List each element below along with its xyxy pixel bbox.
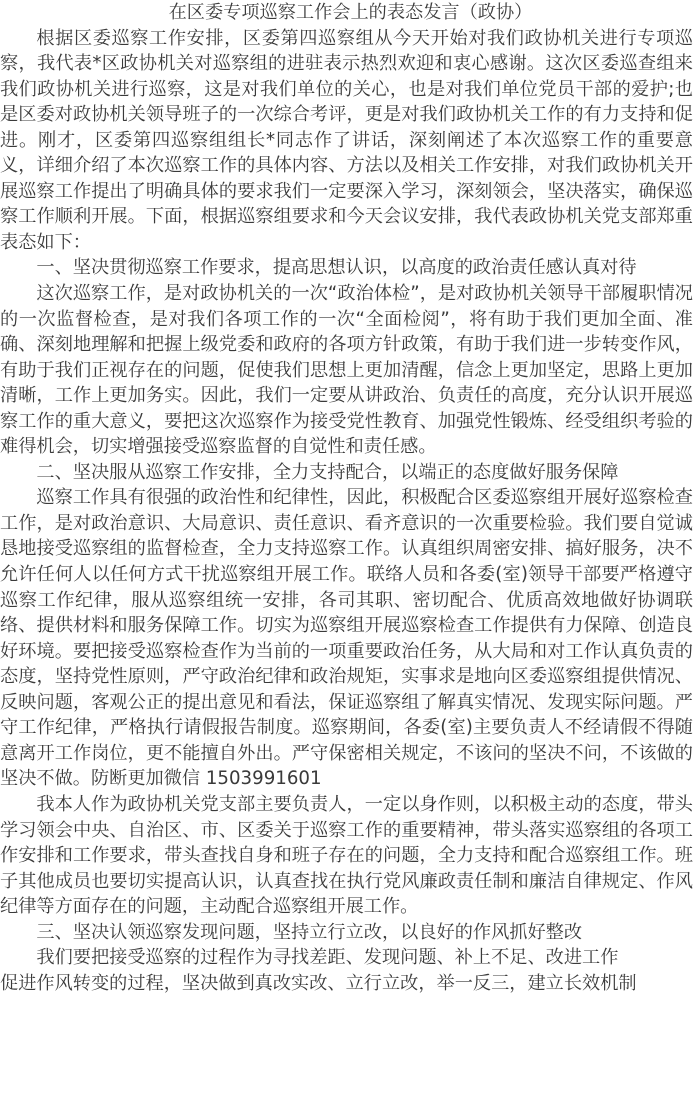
paragraph-section-1: 这次巡察工作，是对政协机关的一次“政治体检”，是对政协机关领导干部履职情况的一次… — [0, 281, 693, 460]
paragraph-section-3: 我们要把接受巡察的过程作为寻找差距、发现问题、补上不足、改进工作 — [0, 945, 693, 971]
paragraph-intro: 根据区委巡察工作安排，区委第四巡察组从今天开始对我们政协机关进行专项巡察，我代表… — [0, 26, 693, 256]
section-heading-3: 三、坚决认领巡察发现问题，坚持立行立改，以良好的作风抓好整改 — [0, 920, 693, 946]
cut-off-line: 促进作风转变的过程，坚决做到真改实改、立行立改，举一反三，建立长效机制 — [0, 971, 693, 997]
document: 在区委专项巡察工作会上的表态发言（政协） 根据区委巡察工作安排，区委第四巡察组从… — [0, 0, 693, 996]
section-heading-1: 一、坚决贯彻巡察工作要求，提高思想认识，以高度的政治责任感认真对待 — [0, 255, 693, 281]
document-title: 在区委专项巡察工作会上的表态发言（政协） — [0, 0, 693, 26]
paragraph-section-2a: 巡察工作具有很强的政治性和纪律性，因此，积极配合区委巡察组开展好巡察检查工作，是… — [0, 485, 693, 792]
paragraph-section-2b: 我本人作为政协机关党支部主要负责人，一定以身作则，以积极主动的态度，带头学习领会… — [0, 792, 693, 920]
section-heading-2: 二、坚决服从巡察工作安排，全力支持配合，以端正的态度做好服务保障 — [0, 460, 693, 486]
